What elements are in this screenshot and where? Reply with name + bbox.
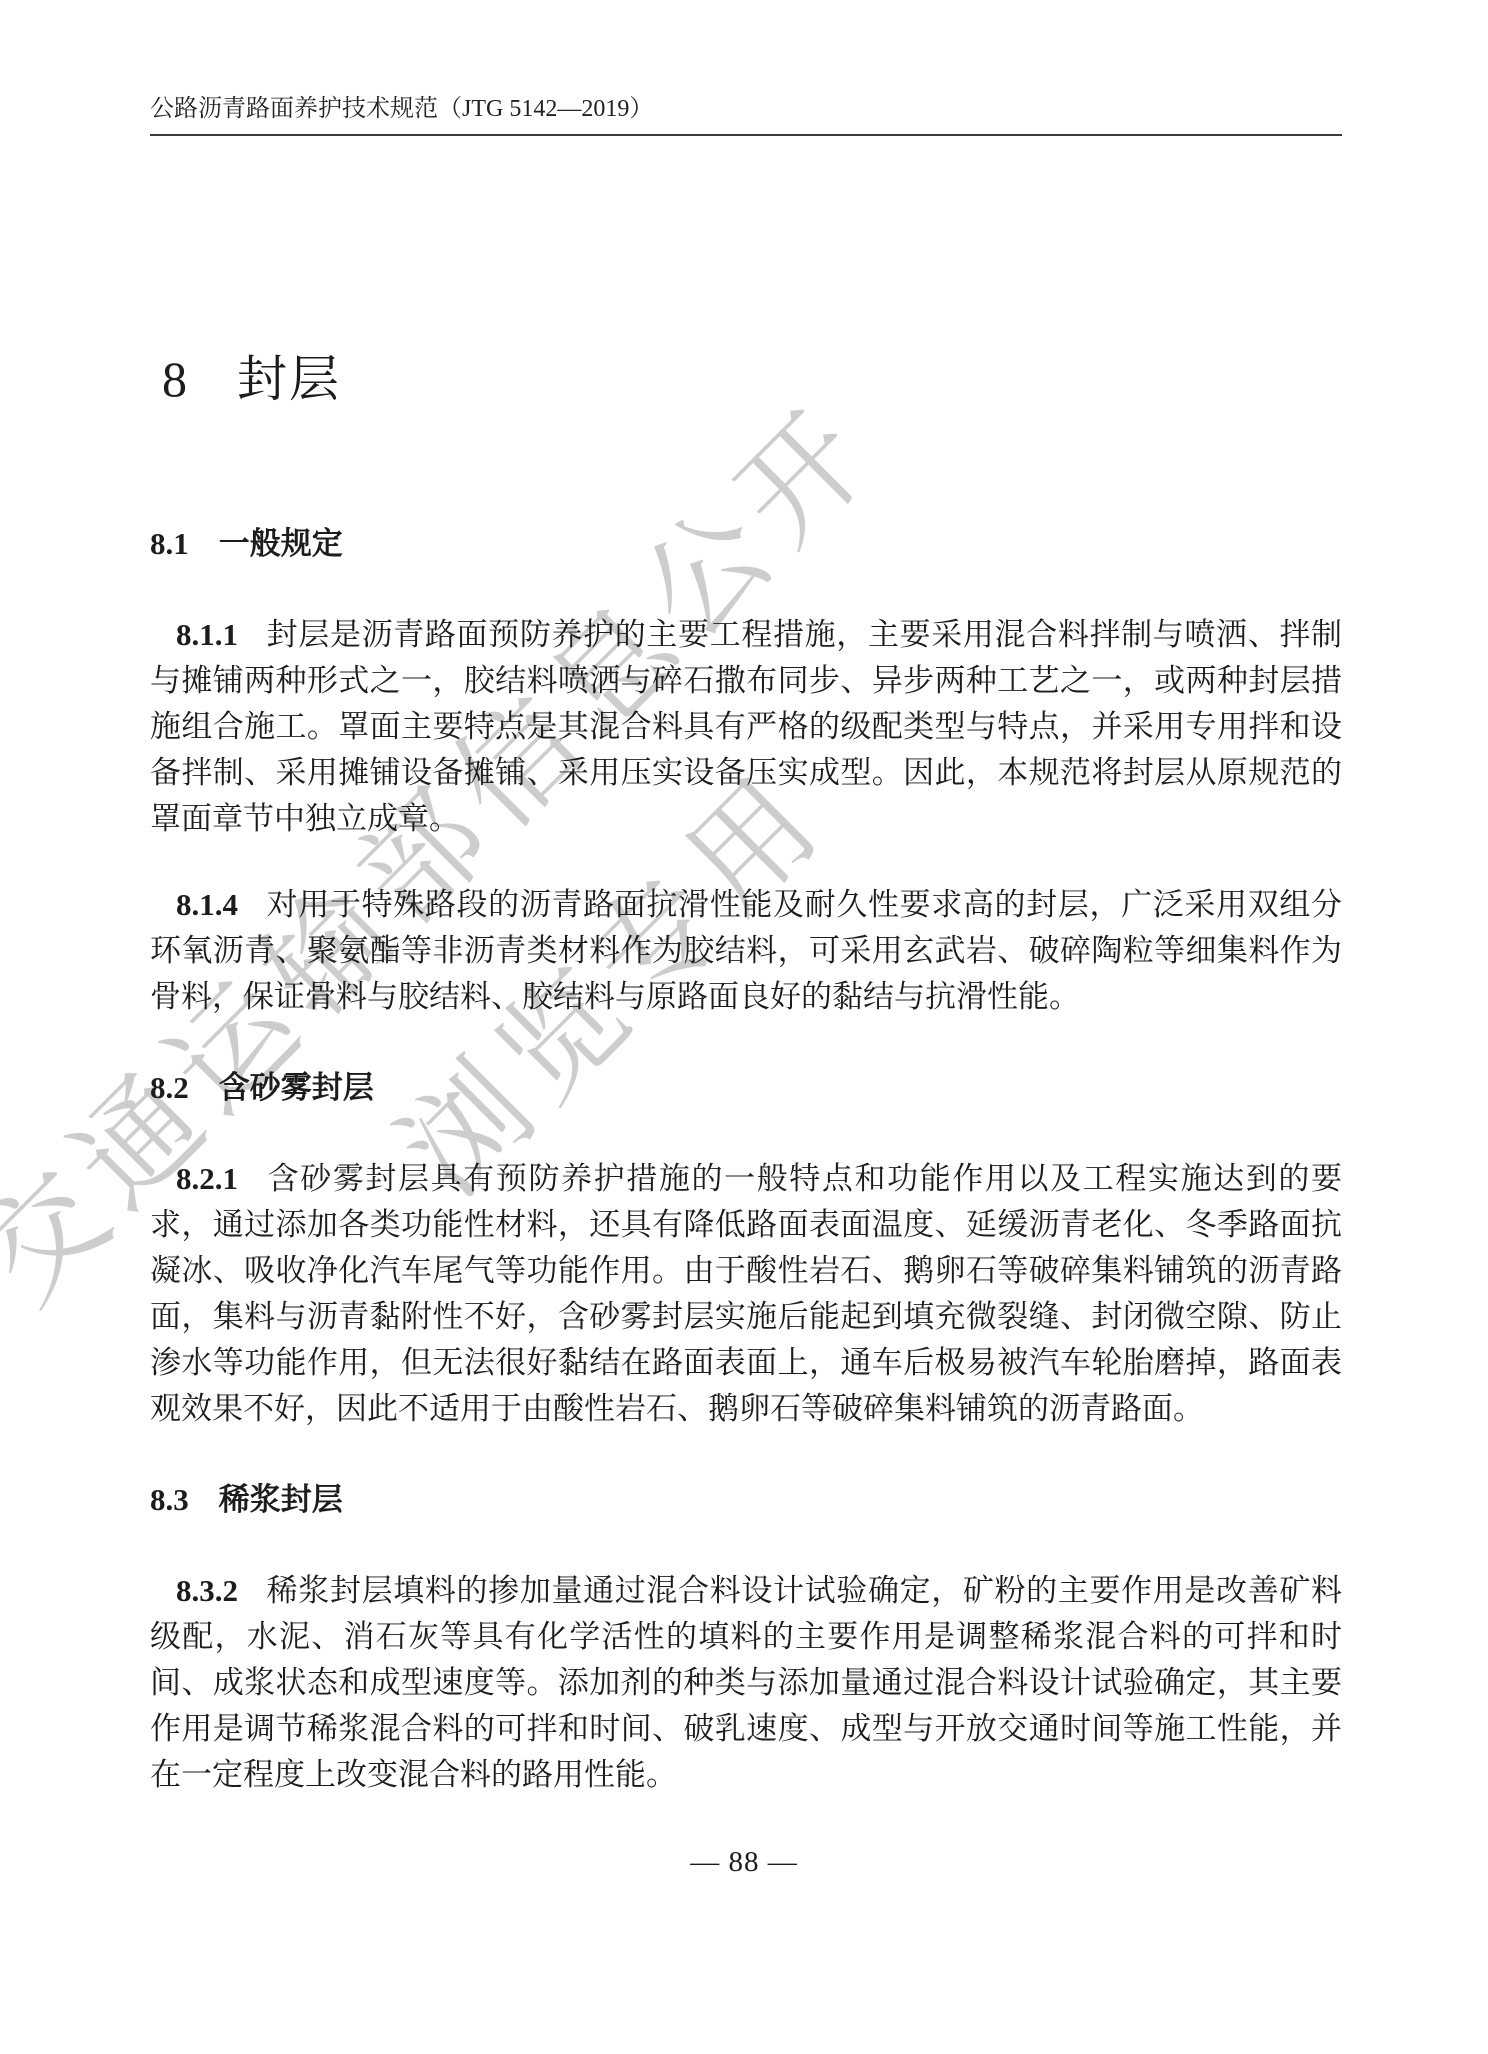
chapter-number: 8 (162, 351, 189, 407)
clause-text: 稀浆封层填料的掺加量通过混合料设计试验确定，矿粉的主要作用是改善矿料级配，水泥、… (150, 1573, 1342, 1792)
section-8-1: 8.1一般规定 8.1.1封层是沥青路面预防养护的主要工程措施，主要采用混合料拌… (150, 524, 1342, 1020)
section-title: 一般规定 (219, 526, 343, 561)
header-rule (150, 134, 1342, 136)
section-number: 8.1 (150, 526, 189, 561)
page-footer: — 88 — (0, 1846, 1488, 1879)
section-title: 稀浆封层 (219, 1482, 343, 1517)
clause-number: 8.3.2 (176, 1573, 238, 1608)
page-content: 公路沥青路面养护技术规范（JTG 5142—2019） 8封层 8.1一般规定 … (0, 0, 1488, 1798)
paragraph-8-2-1: 8.2.1含砂雾封层具有预防养护措施的一般特点和功能作用以及工程实施达到的要求，… (150, 1156, 1342, 1432)
clause-number: 8.1.4 (176, 887, 238, 922)
page-number: — 88 — (690, 1846, 798, 1878)
section-8-2: 8.2含砂雾封层 8.2.1含砂雾封层具有预防养护措施的一般特点和功能作用以及工… (150, 1068, 1342, 1432)
clause-text: 对用于特殊路段的沥青路面抗滑性能及耐久性要求高的封层，广泛采用双组分环氧沥青、聚… (150, 887, 1342, 1014)
section-heading: 8.2含砂雾封层 (150, 1068, 1342, 1108)
clause-text: 含砂雾封层具有预防养护措施的一般特点和功能作用以及工程实施达到的要求，通过添加各… (150, 1161, 1342, 1426)
clause-text: 封层是沥青路面预防养护的主要工程措施，主要采用混合料拌制与喷洒、拌制与摊铺两种形… (150, 617, 1342, 836)
chapter-title: 8封层 (162, 348, 1342, 410)
section-title: 含砂雾封层 (219, 1070, 374, 1105)
paragraph-8-3-2: 8.3.2稀浆封层填料的掺加量通过混合料设计试验确定，矿粉的主要作用是改善矿料级… (150, 1568, 1342, 1798)
document-page: 交通运输部信息公开 浏览专用 公路沥青路面养护技术规范（JTG 5142—201… (0, 0, 1488, 2054)
clause-number: 8.1.1 (176, 617, 238, 652)
running-header: 公路沥青路面养护技术规范（JTG 5142—2019） (150, 0, 1342, 124)
section-8-3: 8.3稀浆封层 8.3.2稀浆封层填料的掺加量通过混合料设计试验确定，矿粉的主要… (150, 1480, 1342, 1798)
section-number: 8.3 (150, 1482, 189, 1517)
paragraph-8-1-1: 8.1.1封层是沥青路面预防养护的主要工程措施，主要采用混合料拌制与喷洒、拌制与… (150, 612, 1342, 842)
chapter-name: 封层 (237, 351, 341, 407)
section-number: 8.2 (150, 1070, 189, 1105)
paragraph-8-1-4: 8.1.4对用于特殊路段的沥青路面抗滑性能及耐久性要求高的封层，广泛采用双组分环… (150, 882, 1342, 1020)
clause-number: 8.2.1 (176, 1161, 238, 1196)
section-heading: 8.1一般规定 (150, 524, 1342, 564)
section-heading: 8.3稀浆封层 (150, 1480, 1342, 1520)
